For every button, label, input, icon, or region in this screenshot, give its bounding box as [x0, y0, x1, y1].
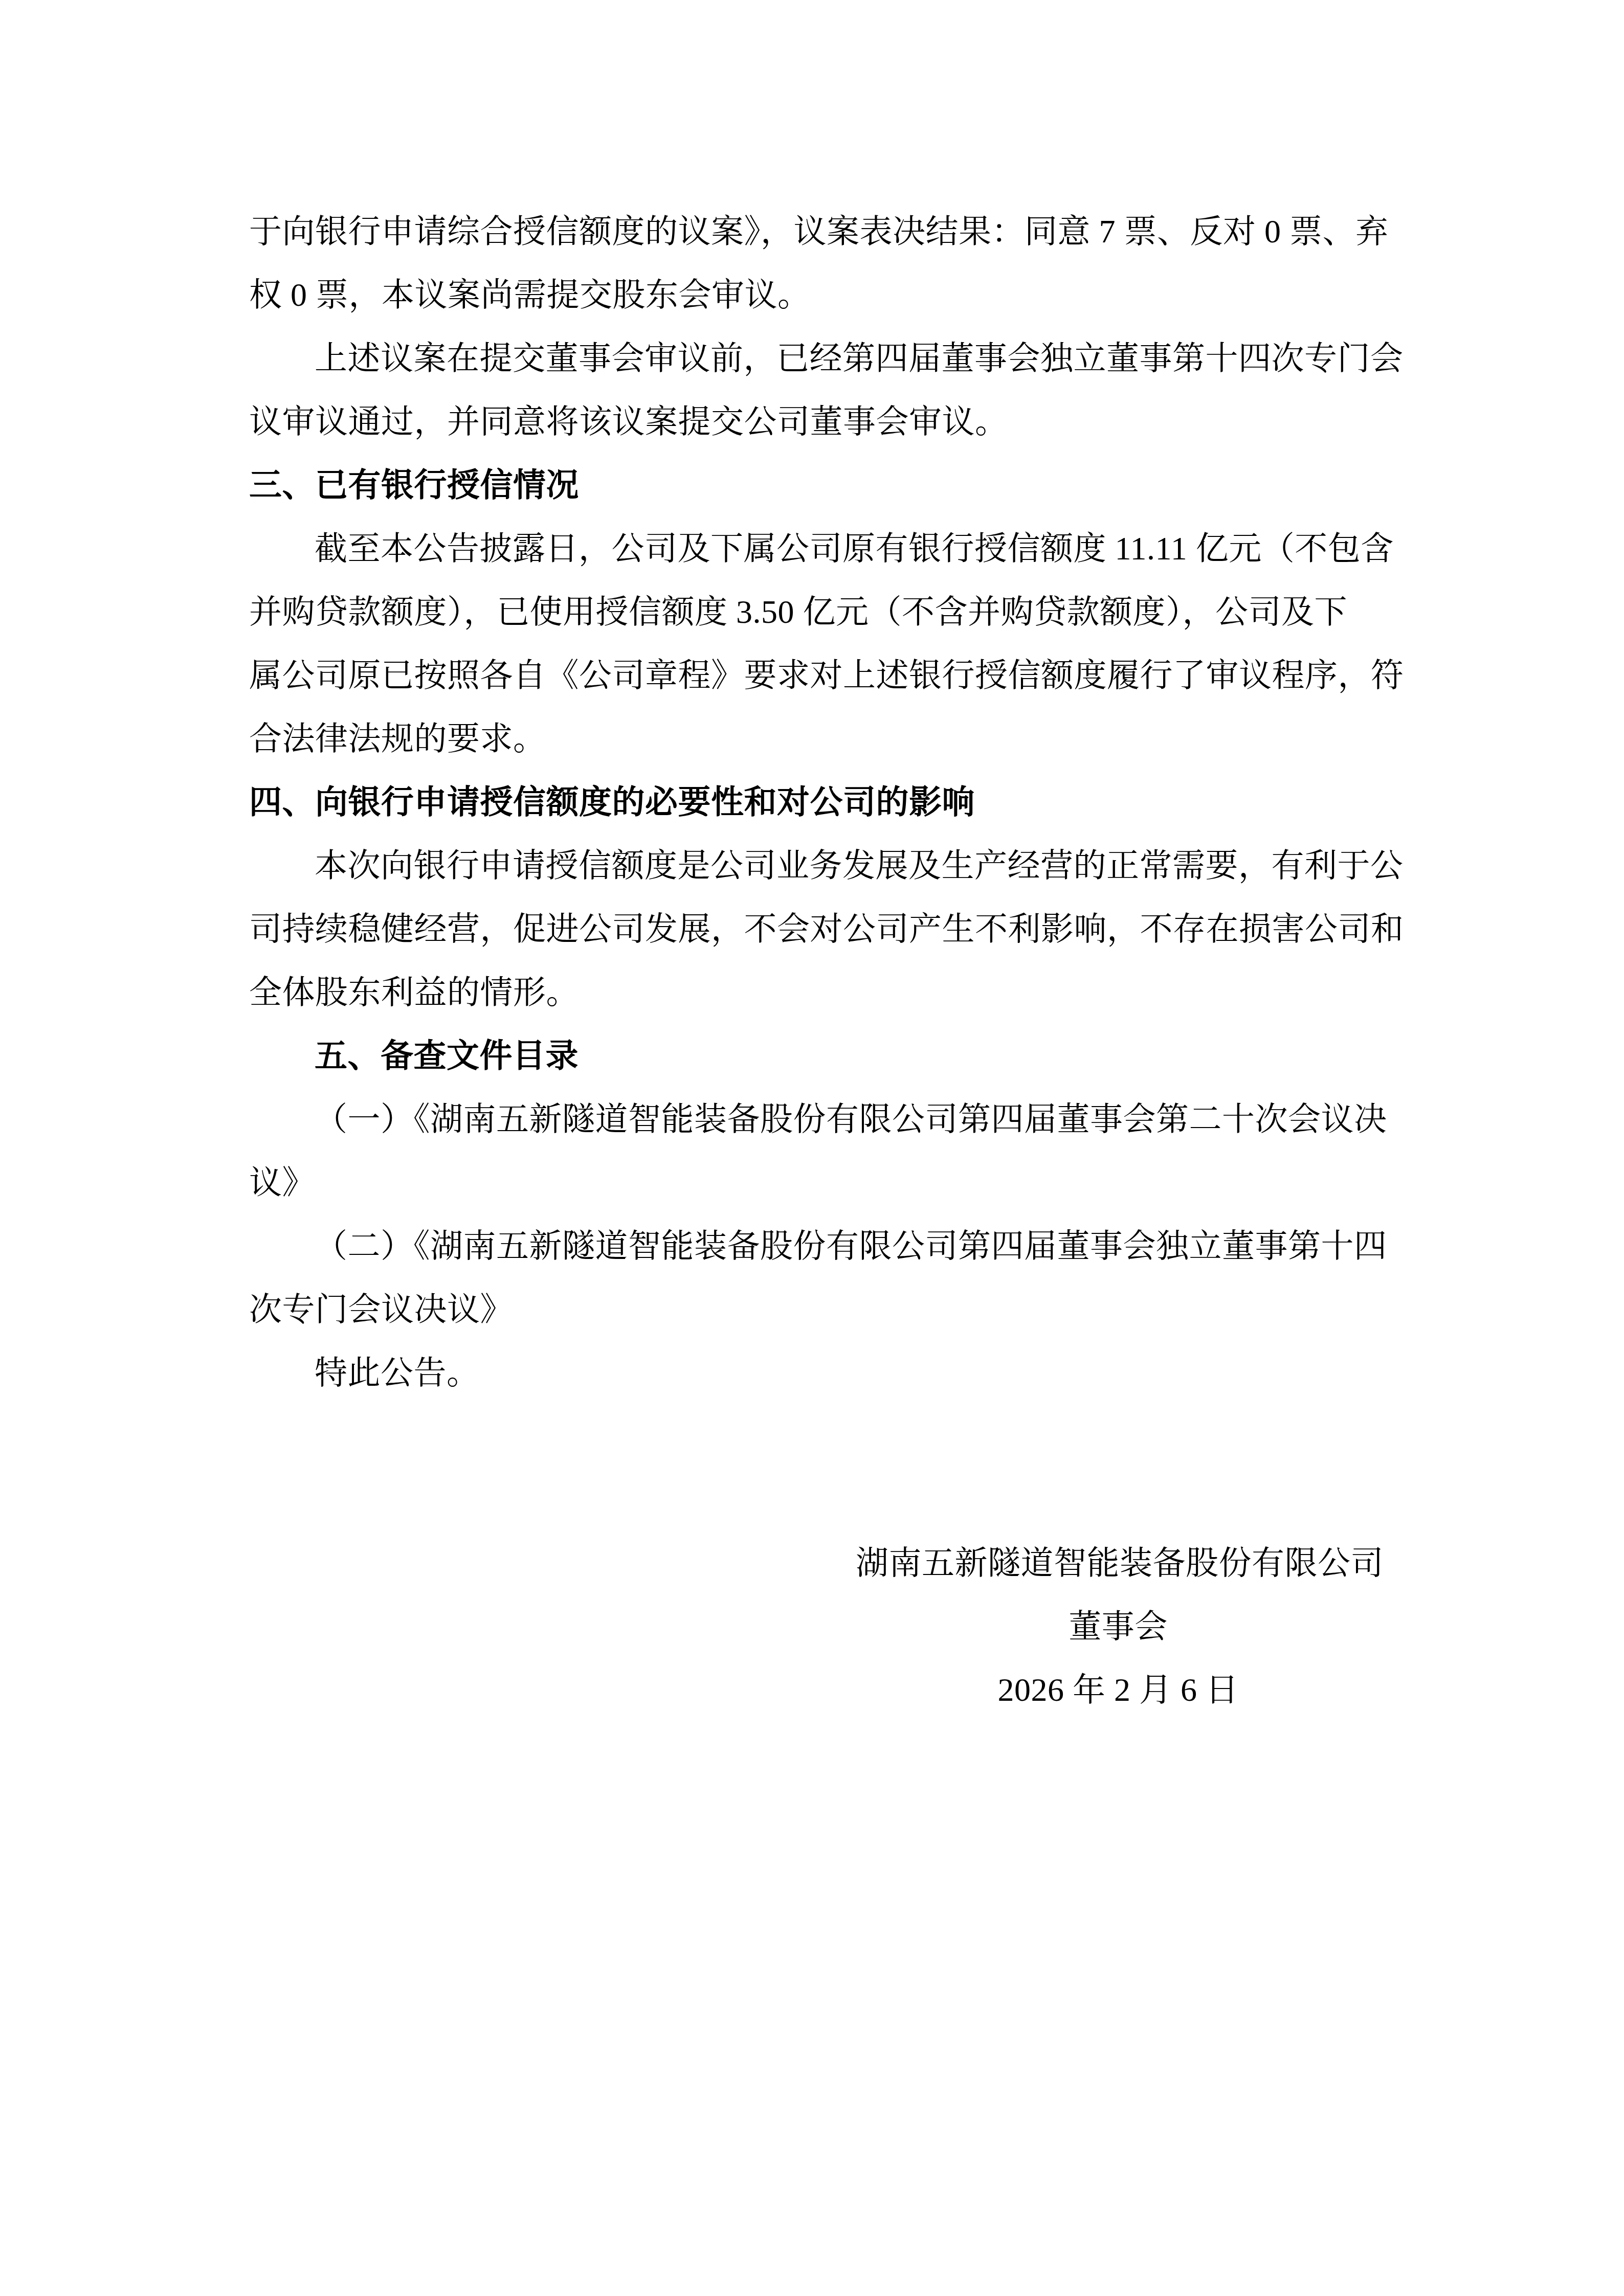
- body-line-ref-doc-1b: 议》: [249, 1151, 1395, 1214]
- body-line-independent-directors-2: 议审议通过，并同意将该议案提交公司董事会审议。: [249, 390, 1395, 454]
- body-line-existing-credit-4: 合法律法规的要求。: [249, 707, 1395, 771]
- body-line-continuation-vote-result: 于向银行申请综合授信额度的议案》，议案表决结果：同意 7 票、反对 0 票、弃: [249, 200, 1395, 263]
- signature-date: 2026 年 2 月 6 日: [856, 1658, 1381, 1722]
- body-line-announcement-closing: 特此公告。: [249, 1341, 1395, 1405]
- body-line-existing-credit-2: 并购贷款额度），已使用授信额度 3.50 亿元（不含并购贷款额度），公司及下: [249, 580, 1395, 644]
- heading-section-3-existing-credit: 三、已有银行授信情况: [249, 454, 1395, 517]
- heading-section-4-necessity-impact: 四、向银行申请授信额度的必要性和对公司的影响: [249, 771, 1395, 834]
- signature-board: 董事会: [856, 1595, 1381, 1658]
- body-line-necessity-3: 全体股东利益的情形。: [249, 961, 1395, 1024]
- body-line-ref-doc-1a: （一）《湖南五新隧道智能装备股份有限公司第四届董事会第二十次会议决: [249, 1088, 1395, 1151]
- heading-section-5-reference-documents: 五、备查文件目录: [249, 1024, 1395, 1088]
- signature-block: 湖南五新隧道智能装备股份有限公司 董事会 2026 年 2 月 6 日: [856, 1532, 1381, 1722]
- body-line-independent-directors-1: 上述议案在提交董事会审议前，已经第四届董事会独立董事第十四次专门会: [249, 327, 1395, 390]
- body-line-ref-doc-2a: （二）《湖南五新隧道智能装备股份有限公司第四届董事会独立董事第十四: [249, 1214, 1395, 1278]
- body-line-ref-doc-2b: 次专门会议决议》: [249, 1278, 1395, 1341]
- body-line-existing-credit-3: 属公司原已按照各自《公司章程》要求对上述银行授信额度履行了审议程序，符: [249, 644, 1395, 707]
- body-line-existing-credit-1: 截至本公告披露日，公司及下属公司原有银行授信额度 11.11 亿元（不包含: [249, 517, 1395, 580]
- body-line-necessity-1: 本次向银行申请授信额度是公司业务发展及生产经营的正常需要，有利于公: [249, 834, 1395, 897]
- signature-company-name: 湖南五新隧道智能装备股份有限公司: [856, 1532, 1381, 1595]
- document-page: 于向银行申请综合授信额度的议案》，议案表决结果：同意 7 票、反对 0 票、弃 …: [0, 0, 1624, 2296]
- body-line-necessity-2: 司持续稳健经营，促进公司发展，不会对公司产生不利影响，不存在损害公司和: [249, 897, 1395, 961]
- body-line-vote-result-2: 权 0 票，本议案尚需提交股东会审议。: [249, 263, 1395, 327]
- document-body: 于向银行申请综合授信额度的议案》，议案表决结果：同意 7 票、反对 0 票、弃 …: [249, 200, 1395, 1722]
